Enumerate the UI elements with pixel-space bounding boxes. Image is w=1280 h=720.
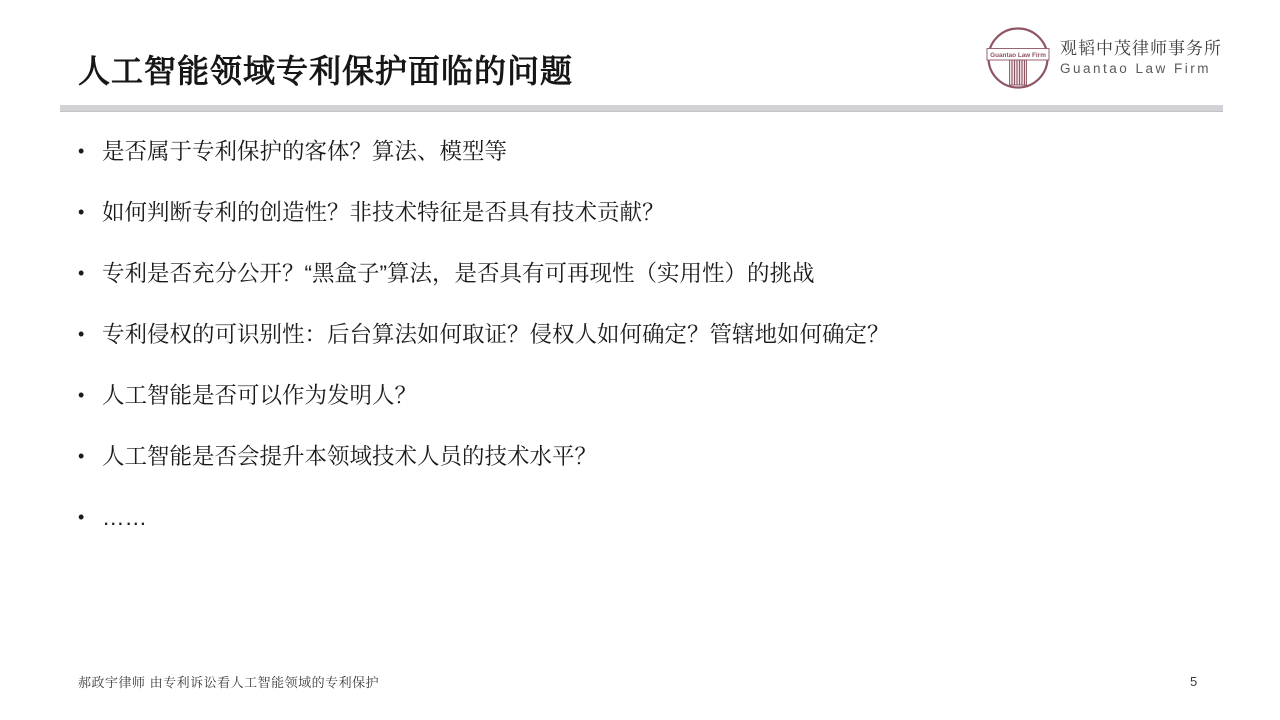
- list-item: • 如何判断专利的创造性？非技术特征是否具有技术贡献？: [78, 198, 1218, 227]
- bullet-icon: •: [78, 503, 102, 532]
- bullet-text: 是否属于专利保护的客体？算法、模型等: [102, 137, 507, 166]
- bullet-text: ……: [102, 503, 147, 532]
- bullet-icon: •: [78, 442, 102, 471]
- law-firm-logo: Guantao Law Firm 观韬中茂律师事务所 Guantao Law F…: [986, 26, 1222, 90]
- bullet-text: 人工智能是否会提升本领域技术人员的技术水平？: [102, 442, 597, 471]
- logo-inner-text: Guantao Law Firm: [990, 52, 1046, 59]
- bullet-icon: •: [78, 259, 102, 288]
- firm-name-english: Guantao Law Firm: [1060, 60, 1222, 78]
- list-item: • 是否属于专利保护的客体？算法、模型等: [78, 137, 1218, 166]
- bullet-text: 人工智能是否可以作为发明人？: [102, 381, 417, 410]
- list-item: • 人工智能是否会提升本领域技术人员的技术水平？: [78, 442, 1218, 471]
- logo-pillar-stripes: [1010, 60, 1027, 85]
- list-item: • ……: [78, 503, 1218, 532]
- list-item: • 专利是否充分公开？“黑盒子”算法，是否具有可再现性（实用性）的挑战: [78, 259, 1218, 288]
- logo-names: 观韬中茂律师事务所 Guantao Law Firm: [1060, 38, 1222, 78]
- bullet-text: 如何判断专利的创造性？非技术特征是否具有技术贡献？: [102, 198, 665, 227]
- bullet-icon: •: [78, 381, 102, 410]
- page-title: 人工智能领域专利保护面临的问题: [78, 52, 573, 90]
- bullet-icon: •: [78, 137, 102, 166]
- list-item: • 人工智能是否可以作为发明人？: [78, 381, 1218, 410]
- guantao-logo-icon: Guantao Law Firm: [986, 26, 1050, 90]
- presentation-slide: 人工智能领域专利保护面临的问题 Guantao Law Firm 观韬中茂律师事…: [0, 0, 1280, 720]
- bullet-text: 专利侵权的可识别性：后台算法如何取证？侵权人如何确定？管辖地如何确定？: [102, 320, 890, 349]
- footer-credit: 郝政宇律师 由专利诉讼看人工智能领域的专利保护: [78, 672, 379, 691]
- bullet-text: 专利是否充分公开？“黑盒子”算法，是否具有可再现性（实用性）的挑战: [102, 259, 815, 288]
- bullet-icon: •: [78, 198, 102, 227]
- bullet-list: • 是否属于专利保护的客体？算法、模型等 • 如何判断专利的创造性？非技术特征是…: [78, 137, 1218, 564]
- page-number: 5: [1190, 674, 1197, 689]
- title-divider: [60, 105, 1223, 112]
- bullet-icon: •: [78, 320, 102, 349]
- list-item: • 专利侵权的可识别性：后台算法如何取证？侵权人如何确定？管辖地如何确定？: [78, 320, 1218, 349]
- firm-name-chinese: 观韬中茂律师事务所: [1060, 38, 1222, 60]
